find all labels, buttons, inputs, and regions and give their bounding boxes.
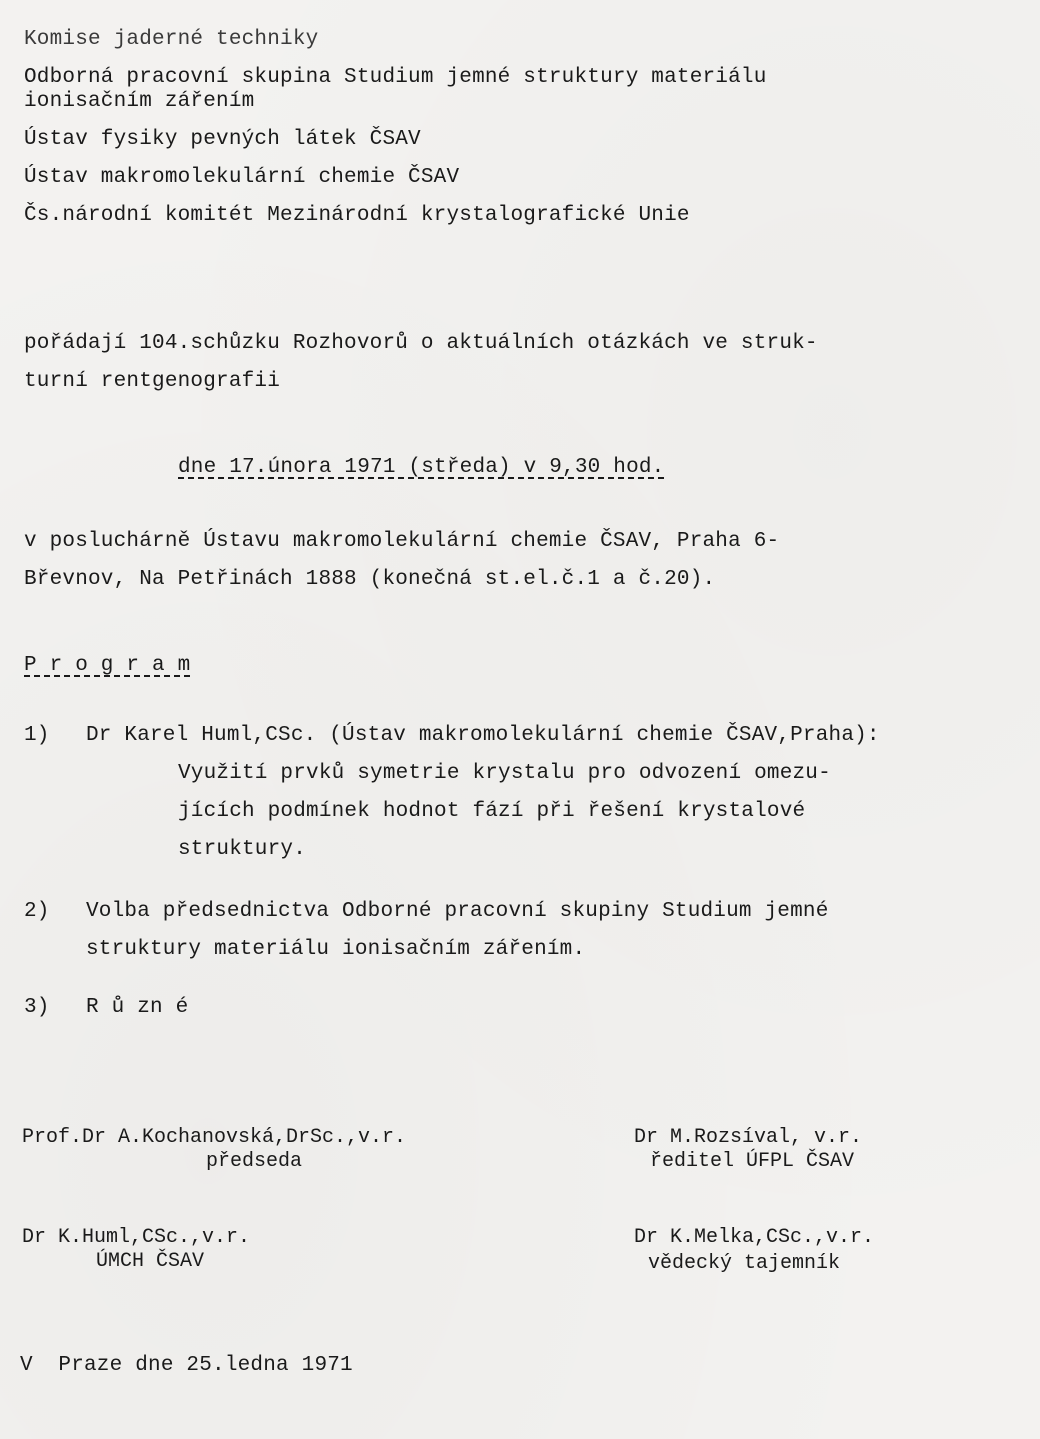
meeting-date: dne 17.února 1971 (středa) v 9,30 hod. — [178, 456, 664, 480]
organizer-line: Ústav makromolekulární chemie ČSAV — [24, 166, 459, 190]
intro-line: pořádají 104.schůzku Rozhovorů o aktuáln… — [24, 332, 818, 356]
program-item-line: Dr Karel Huml,CSc. (Ústav makromolekulár… — [86, 724, 880, 748]
signature-role: předseda — [206, 1150, 302, 1174]
program-item-line: jících podmínek hodnot fází při řešení k… — [178, 800, 805, 824]
program-item-number: 3) — [24, 996, 50, 1020]
venue-line: v posluchárně Ústavu makromolekulární ch… — [24, 530, 779, 554]
signature-name: Dr K.Huml,CSc.,v.r. — [22, 1226, 250, 1250]
program-item-line: Volba předsednictva Odborné pracovní sku… — [86, 900, 829, 924]
program-item-number: 1) — [24, 724, 50, 748]
document-page: Komise jaderné techniky Odborná pracovní… — [0, 0, 1040, 1439]
organizer-line: Čs.národní komitét Mezinárodní krystalog… — [24, 204, 690, 228]
program-item-line: struktury materiálu ionisačním zářením. — [86, 938, 585, 962]
program-item-line: Využití prvků symetrie krystalu pro odvo… — [178, 762, 831, 786]
program-item-line: struktury. — [178, 838, 306, 862]
signature-role: vědecký tajemník — [648, 1252, 840, 1276]
place-date: V Praze dne 25.ledna 1971 — [20, 1354, 353, 1378]
organizer-line: Ústav fysiky pevných látek ČSAV — [24, 128, 421, 152]
intro-line: turní rentgenografii — [24, 370, 280, 394]
program-item-line: R ů zn é — [86, 996, 188, 1020]
signature-name: Dr K.Melka,CSc.,v.r. — [634, 1226, 874, 1250]
venue-line: Břevnov, Na Petřinách 1888 (konečná st.e… — [24, 568, 715, 592]
program-item-number: 2) — [24, 900, 50, 924]
program-title: P r o g r a m — [24, 654, 190, 678]
organizer-line: Odborná pracovní skupina Studium jemné s… — [24, 66, 767, 90]
organizer-line: Komise jaderné techniky — [24, 28, 318, 52]
signature-role: ÚMCH ČSAV — [96, 1250, 204, 1274]
organizer-line: ionisačním zářením — [24, 90, 254, 114]
signature-name: Dr M.Rozsíval, v.r. — [634, 1126, 862, 1150]
signature-role: ředitel ÚFPL ČSAV — [650, 1150, 854, 1174]
signature-name: Prof.Dr A.Kochanovská,DrSc.,v.r. — [22, 1126, 406, 1150]
